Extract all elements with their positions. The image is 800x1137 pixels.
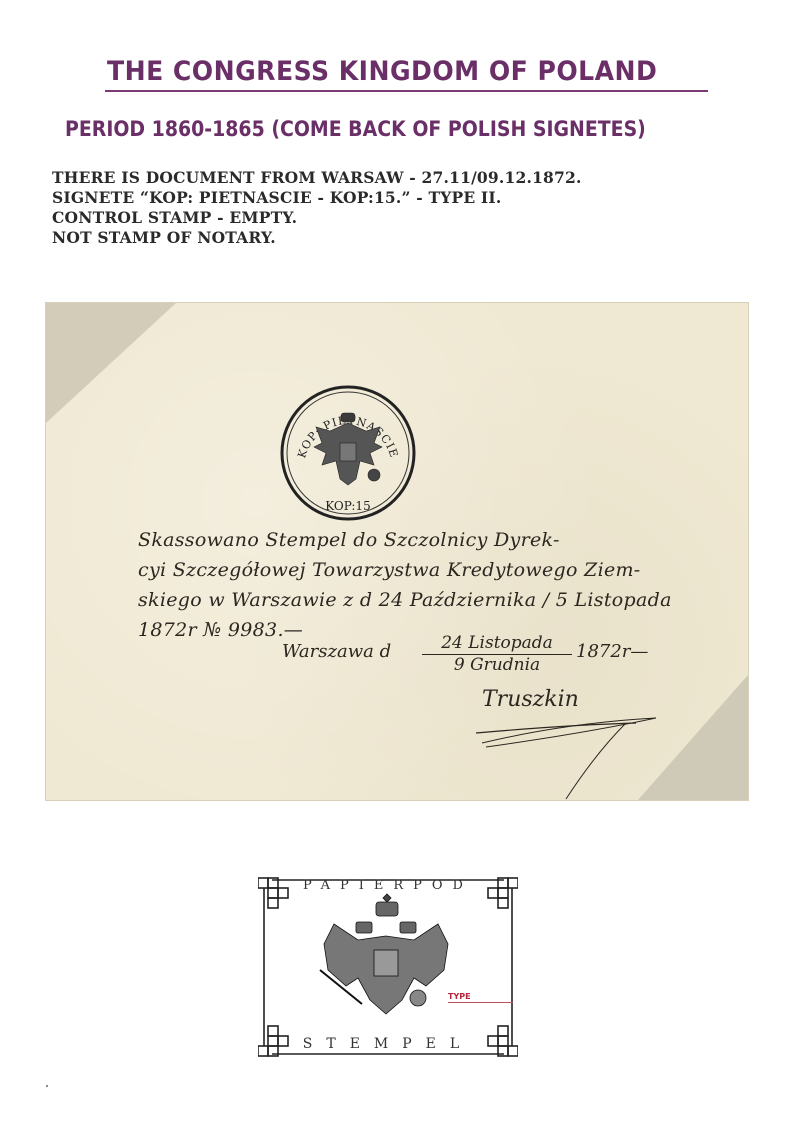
type-field: TYPE [448, 992, 513, 1003]
handwritten-line: Skassowano Stempel do Szczolnicy Dyrek- [138, 525, 748, 555]
imperial-eagle-icon [320, 894, 448, 1014]
seal-bottom-text: KOP:15 [325, 499, 370, 513]
corner-ornament-icon [258, 878, 288, 908]
stamp-top-text: PAPIERPOD [298, 878, 478, 893]
stamp-bottom-text: STEMPEL [298, 1036, 478, 1052]
place: Warszawa d [282, 641, 391, 662]
scan-speck [46, 1085, 48, 1087]
description-notes: THERE IS DOCUMENT FROM WARSAW - 27.11/09… [52, 168, 582, 248]
signature-flourish [466, 663, 666, 800]
type-label: TYPE [448, 992, 471, 1001]
handwritten-line: cyi Szczegółowej Towarzystwa Kredytowego… [138, 555, 748, 585]
handwritten-line: skiego w Warszawie z d 24 Października /… [138, 585, 748, 615]
corner-ornament-icon [258, 1026, 288, 1056]
handwritten-text: Skassowano Stempel do Szczolnicy Dyrek- … [138, 525, 748, 645]
scanned-document: KOP: PIETNASCIE KOP:15 Skassowano Stempe… [46, 303, 748, 800]
stamp-frame [258, 874, 518, 1060]
note-line: SIGNETE “KOP: PIETNASCIE - KOP:15.” - TY… [52, 188, 582, 208]
note-line: NOT STAMP OF NOTARY. [52, 228, 582, 248]
corner-ornament-icon [488, 1026, 518, 1056]
page-title: THE CONGRESS KINGDOM OF POLAND [107, 56, 665, 87]
corner-ornament-icon [488, 878, 518, 908]
photo-corner-mount [46, 303, 176, 423]
date-year: 1872r— [576, 641, 648, 662]
note-line: THERE IS DOCUMENT FROM WARSAW - 27.11/09… [52, 168, 582, 188]
page-subtitle: PERIOD 1860-1865 (COME BACK OF POLISH SI… [65, 117, 646, 141]
title-underline [105, 90, 708, 92]
date-julian: 24 Listopada [422, 633, 572, 655]
stamp-type-reference: PAPIERPOD STEMPEL TYPE [258, 874, 518, 1060]
note-line: CONTROL STAMP - EMPTY. [52, 208, 582, 228]
signet-seal: KOP: PIETNASCIE KOP:15 [278, 383, 418, 523]
